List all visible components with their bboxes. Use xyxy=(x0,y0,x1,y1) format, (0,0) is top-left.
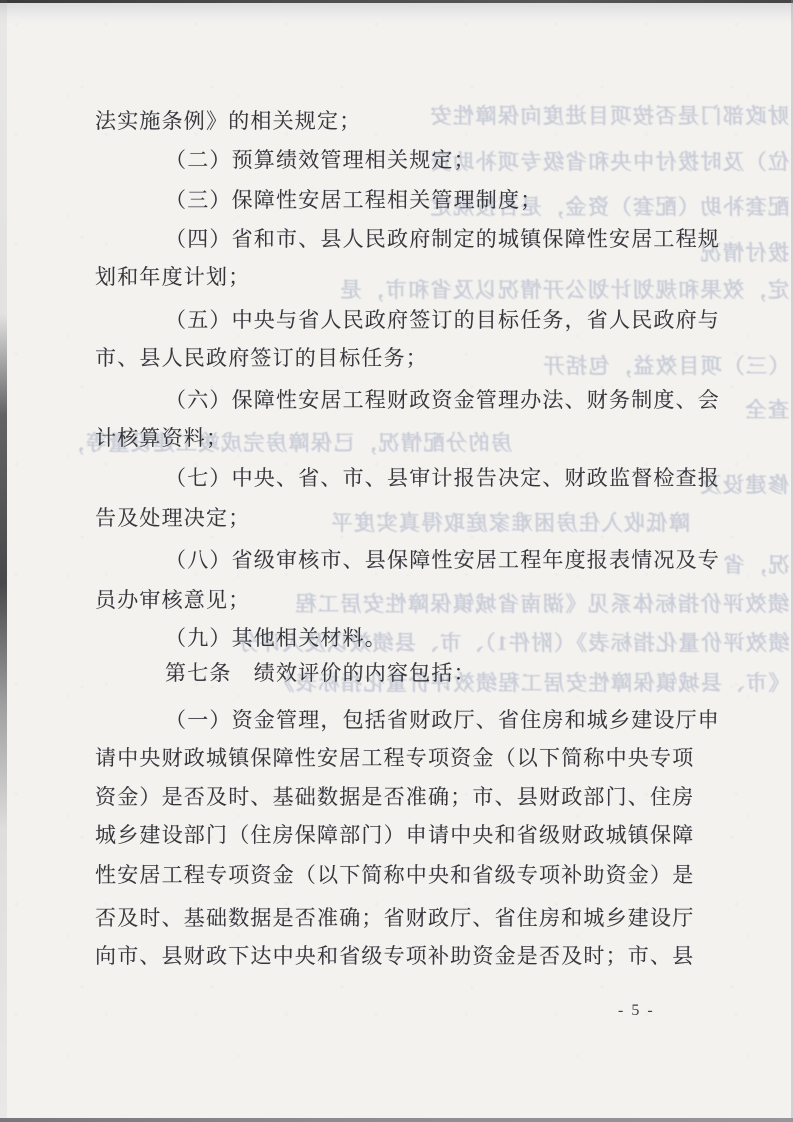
document-line: 划和年度计划； xyxy=(95,261,250,291)
document-line: 资金）是否及时、基础数据是否准确；市、县财政部门、住房 xyxy=(95,781,694,811)
document-line: （七）中央、省、市、县审计报告决定、财政监督检查报 xyxy=(165,462,720,492)
bleedthrough-line: 定，效果和规划计划公开情况以及省和市，是 xyxy=(339,274,789,304)
bleedthrough-line: 况，省 xyxy=(722,549,790,579)
bleedthrough-line: （三）项目效益，包括开 xyxy=(542,350,790,380)
document-line: （五）中央与省人民政府签订的目标任务，省人民政府与 xyxy=(165,304,720,334)
document-line: （一）资金管理，包括省财政厅、省住房和城乡建设厅申 xyxy=(165,704,720,734)
document-page: 财政部门是否按项目进度向保障性安 位）及时拨付中央和省级专项补助资 配套补助（配… xyxy=(0,0,793,1122)
bleedthrough-line: 查全 xyxy=(744,394,789,424)
document-line: 否及时、基础数据是否准确；省财政厅、省住房和城乡建设厅 xyxy=(95,902,694,932)
document-line: （八）省级审核市、县保障性安居工程年度报表情况及专 xyxy=(165,544,720,574)
bleedthrough-line: 位）及时拨付中央和省级专项补助资 xyxy=(429,146,789,176)
document-line: （二）预算绩效管理相关规定； xyxy=(165,144,476,174)
bleedthrough-line: 绩效评价指标体系见《湖南省城镇保障性安居工程 xyxy=(294,588,789,618)
document-line: （六）保障性安居工程财政资金管理办法、财务制度、会 xyxy=(165,384,720,414)
document-line: 市、县人民政府签订的目标任务； xyxy=(95,342,428,372)
document-line: 请中央财政城镇保障性安居工程专项资金（以下简称中央专项 xyxy=(95,742,694,772)
document-line: 法实施条例》的相关规定； xyxy=(95,105,361,135)
scan-edge-top-band xyxy=(0,3,793,25)
document-line: 告及处理决定； xyxy=(95,502,250,532)
document-line: （三）保障性安居工程相关管理制度； xyxy=(165,184,542,214)
scan-edge-bottom xyxy=(0,1118,793,1122)
document-line: （四）省和市、县人民政府制定的城镇保障性安居工程规 xyxy=(165,223,720,253)
bleedthrough-line: 财政部门是否按项目进度向保障性安 xyxy=(429,100,789,130)
bleedthrough-line: 障低收入住房困难家庭取得真实度平 xyxy=(330,507,690,537)
page-number: - 5 - xyxy=(618,1002,655,1020)
document-line: 计核算资料； xyxy=(95,422,228,452)
document-line: （九）其他相关材料。 xyxy=(165,622,387,652)
document-line: 员办审核意见； xyxy=(95,584,250,614)
document-line: 性安居工程专项资金（以下简称中央和省级专项补助资金）是 xyxy=(95,859,694,889)
scan-edge-left xyxy=(0,0,7,1122)
document-line: 第七条 绩效评价的内容包括： xyxy=(165,657,476,687)
document-line: 向市、县财政下达中央和省级专项补助资金是否及时；市、县 xyxy=(95,940,694,970)
document-line: 城乡建设部门（住房保障部门）申请中央和省级财政城镇保障 xyxy=(95,819,694,849)
